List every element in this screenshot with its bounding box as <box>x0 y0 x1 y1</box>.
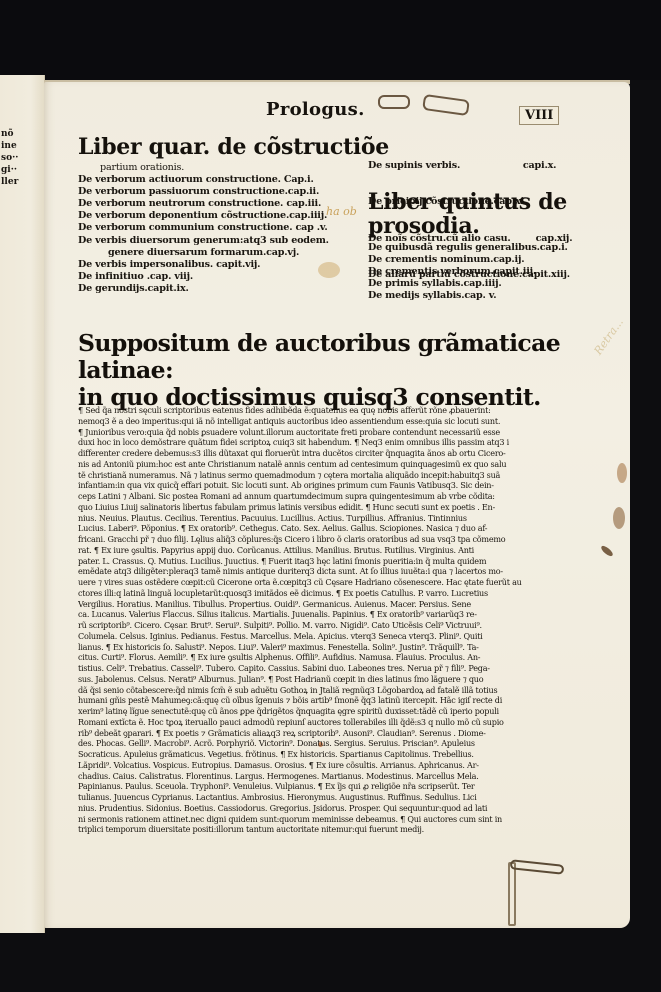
text-line: nemoq3 ẽ a deo imperitus:qui iã nõ intel… <box>78 416 580 427</box>
text-line: fricani. Gracchi pr̃ ⁊ duo filij. Lęlius… <box>78 534 580 545</box>
toc-entry: De supinis verbis. capi.x. <box>368 160 572 172</box>
foxing-stain <box>617 463 627 483</box>
text-line: Romani extĩcta ẽ. Hoc tꝑoꝝ iteruallo pau… <box>78 717 580 728</box>
book-five-heading-line2: prosodia. <box>368 214 567 238</box>
text-line: quo Liuius Liuij salinatoris libertus fa… <box>78 502 580 513</box>
text-line: sus. Jabolenus. Celsus. Nerati⁹ Alburnus… <box>78 674 580 685</box>
toc-entry: genere diuersarum formarum.cap.vj. <box>78 247 329 259</box>
text-line: duxi hoc in loco demõstrare quãtum fidei… <box>78 437 580 448</box>
left-page-text: ine <box>1 140 17 152</box>
text-line: ¶ Sed q̃a nostri sęculi scriptoribus eat… <box>78 405 580 416</box>
text-line: ni sermonis rationem attinet.nec digni q… <box>78 814 580 825</box>
paper-tear <box>508 862 516 926</box>
text-line: infantiam:in qua vix quicq̃ effari potui… <box>78 480 580 491</box>
toc-entry: De verborum neutrorum constructione. cap… <box>78 198 329 210</box>
text-line: citus. Curti⁹. Florus. Aemili⁹. ¶ Ex iur… <box>78 652 580 663</box>
text-line: uere ⁊ vires suas ostẽdere cœpit:cũ Cice… <box>78 577 580 588</box>
text-line: dã q̃si senio cõtabescere:q̃d nimis ſcm̃… <box>78 685 580 696</box>
running-head: Prologus. <box>266 99 365 120</box>
text-line: rib⁹ debeãt ꝯparari. ¶ Ex poetis ⁊ Grãma… <box>78 728 580 739</box>
toc-entry: De verborum communium constructione. cap… <box>78 222 329 234</box>
toc-entry: De quibusdã regulis generalibus.cap.i. <box>368 242 568 254</box>
toc-entry: De gerundijs.capit.ix. <box>78 283 329 295</box>
text-line: rat. ¶ Ex iure ꝯsultis. Papyrius appij d… <box>78 545 580 556</box>
text-line: des. Phocas. Gelli⁹. Macrobi⁹. Acrõ. Por… <box>78 738 580 749</box>
text-line: ceps Latini ⁊ Albani. Sic postea Romani … <box>78 491 580 502</box>
text-line: tistius. Celi⁹. Trebatius. Casseli⁹. Tub… <box>78 663 580 674</box>
text-line: Vergilius. Horatius. Manilius. Tibullus.… <box>78 599 580 610</box>
text-line: Columela. Celsus. Iginius. Pedianus. Fes… <box>78 631 580 642</box>
left-page-text: ller <box>1 176 18 188</box>
scan-backdrop <box>0 0 661 80</box>
left-page-text: nõ <box>1 128 14 140</box>
text-line: pater. L. Crassus. Q. Mutius. Lucilius. … <box>78 556 580 567</box>
text-line: emẽdate atq3 diligẽter:pleraq3 tamẽ nimi… <box>78 566 580 577</box>
left-page-text: gi·· <box>1 164 17 176</box>
text-line: nius. Prudentius. Sidonius. Boetius. Cas… <box>78 803 580 814</box>
toc-entry: De verborum deponentium cõstructione.cap… <box>78 210 329 222</box>
worm-hole-damage <box>378 95 410 109</box>
toc-entry: De medijs syllabis.cap. v. <box>368 290 568 302</box>
previous-page-edge: nõ ine so·· gi·· ller <box>0 75 45 933</box>
toc-entry: De verborum actiuorum constructione. Cap… <box>78 174 329 186</box>
foxing-stain <box>613 507 625 529</box>
book-five-heading: Liber quintus de prosodia. <box>368 190 567 238</box>
text-line: Papinianus. Paulus. Sceuola. Tryphoni⁹. … <box>78 781 580 792</box>
text-line: nis ad Antoniũ pium:hoc est ante Christi… <box>78 459 580 470</box>
toc-entry: De infinitiuo .cap. viij. <box>78 271 329 283</box>
text-line: rũ scriptorib⁹. Cicero. Cęsar. Brut⁹. Se… <box>78 620 580 631</box>
toc-entry: De primis syllabis.cap.iiij. <box>368 278 568 290</box>
text-line: triplici temporum diuersitate positi:ill… <box>78 824 580 835</box>
book-four-contents: partium orationis. De verborum actiuorum… <box>78 162 329 295</box>
book-five-heading-line1: Liber quintus de <box>368 190 567 214</box>
text-line: humani gñis pestẽ Mahumeꝯ:cã:quę cũ oĩbu… <box>78 695 580 706</box>
section-title: Suppositum de auctoribus grãmaticae lati… <box>78 330 578 411</box>
text-line: nius. Neuius. Plautus. Cecilius. Terenti… <box>78 513 580 524</box>
section-title-line1: Suppositum de auctoribus grãmaticae lati… <box>78 330 578 384</box>
text-line: ctores illi:q latinã linguã locupletarũt… <box>78 588 580 599</box>
handwritten-annotation: ha ob <box>326 205 357 218</box>
folio-number: VIII <box>519 106 559 125</box>
text-line: Lãpridi⁹. Volcatius. Vospicus. Eutropius… <box>78 760 580 771</box>
toc-entry: De verborum passiuorum constructione.cap… <box>78 186 329 198</box>
text-line: differenter credere debemus:s3 illis dũt… <box>78 448 580 459</box>
book-four-subheading: partium orationis. <box>78 162 329 174</box>
toc-entry: De crementis nominum.cap.ij. <box>368 254 568 266</box>
toc-entry: De verbis diuersorum generum:atq3 sub eo… <box>78 235 329 247</box>
text-line: ¶ Junioribus vero:quia q̃d nobis ꝑsuader… <box>78 427 580 438</box>
text-line: tẽ christianã numeramus. Nã ⁊ latinus se… <box>78 470 580 481</box>
text-line: Lucius. Laberi⁹. Põponius. ¶ Ex oratorib… <box>78 523 580 534</box>
book-four-heading: Liber quar. de cõstructiõe <box>78 135 389 159</box>
text-line: xerim⁹ latinę lĩgue senectutẽ:quę cũ ãno… <box>78 706 580 717</box>
text-line: tulianus. Juuencus Cyprianus. Lactantius… <box>78 792 580 803</box>
book-five-contents: De quibusdã regulis generalibus.cap.i. D… <box>368 242 568 302</box>
toc-entry: De crementis verborum.capit.iij. <box>368 266 568 278</box>
text-line: lianus. ¶ Ex historicis ſo. Salusti⁹. Ne… <box>78 642 580 653</box>
toc-entry: De verbis impersonalibus. capit.vij. <box>78 259 329 271</box>
left-page-text: so·· <box>1 152 18 164</box>
text-line: chadius. Caius. Calistratus. Florentinus… <box>78 771 580 782</box>
body-paragraph: ¶ Sed q̃a nostri sęculi scriptoribus eat… <box>78 405 580 835</box>
text-line: Socraticus. Apuleius grãmaticus. Vegetiu… <box>78 749 580 760</box>
text-line: ca. Lucanus. Valerius Flaccus. Silius it… <box>78 609 580 620</box>
